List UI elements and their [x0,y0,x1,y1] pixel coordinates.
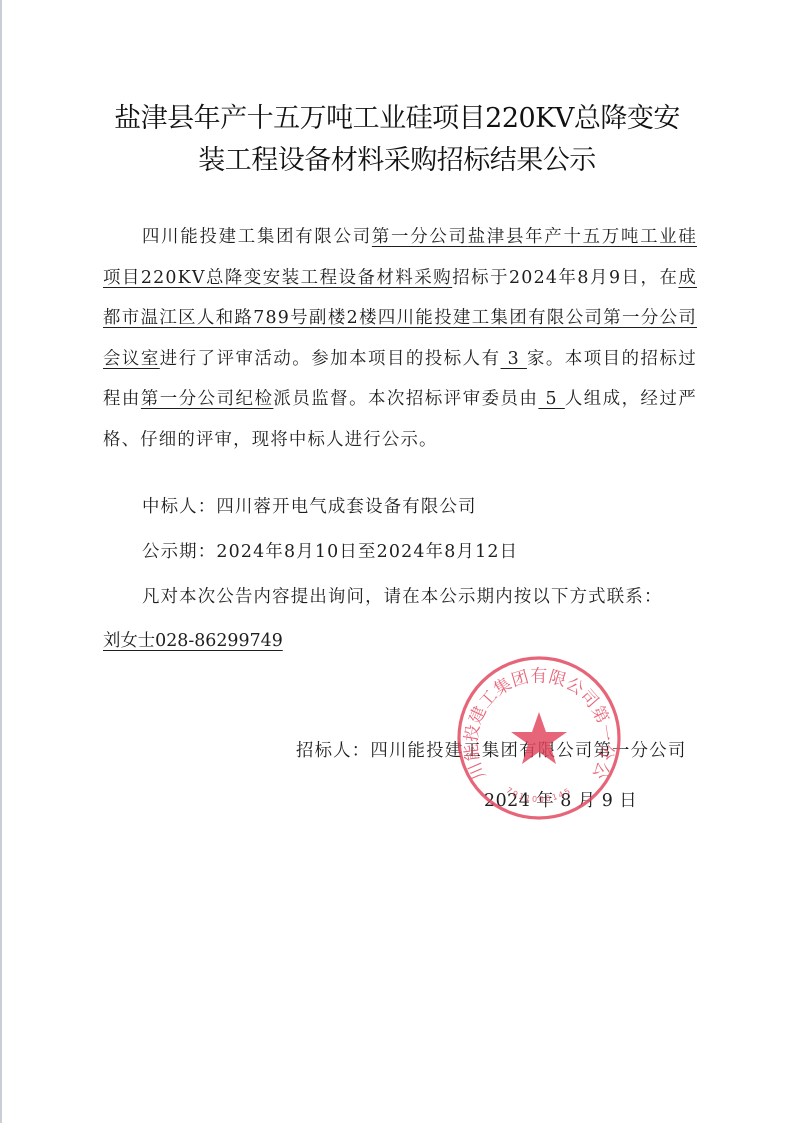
document-title: 盐津县年产十五万吨工业硅项目220KV总降变安 装工程设备材料采购招标结果公示 [80,98,714,182]
text-segment: 招标于2024年8月9日，在 [452,268,678,288]
text-segment: 派员监督。本次招标评审委员由 [273,389,538,409]
svg-text:四川能投建工集团有限公司第一分公司: 四川能投建工集团有限公司第一分公司 [455,654,616,782]
period-label: 公示期： [142,542,216,562]
winner-line: 中标人：四川蓉开电气成套设备有限公司 [142,492,477,517]
signer-value: 四川能投建工集团有限公司第一分公司 [370,741,686,761]
bidder-count: 3 [501,349,527,369]
signer-label: 招标人： [296,741,370,761]
body-paragraph: 四川能投建工集团有限公司第一分公司盐津县年产十五万吨工业硅项目220KV总降变安… [103,217,697,460]
seal-text: 四川能投建工集团有限公司第一分公司 [455,654,616,782]
sign-date: 2024 年 8 月 9 日 [484,786,637,811]
winner-label: 中标人： [142,497,216,517]
committee-count: 5 [538,389,564,409]
underlined-branch: 第一分公司 [372,227,468,247]
period-value: 2024年8月10日至2024年8月12日 [216,542,518,562]
text-segment: 四川能投建工集团有限公司 [142,227,372,247]
signer-line: 招标人：四川能投建工集团有限公司第一分公司 [296,736,686,761]
title-line-1: 盐津县年产十五万吨工业硅项目220KV总降变安 [80,98,714,140]
text-segment: 进行了评审活动。参加本项目的投标人有 [160,349,501,369]
title-line-2: 装工程设备材料采购招标结果公示 [80,140,714,182]
contact-info: 刘女士028-86299749 [103,626,283,651]
inquiry-line: 凡对本次公告内容提出询问，请在本公示期内按以下方式联系： [142,582,663,607]
winner-value: 四川蓉开电气成套设备有限公司 [216,497,476,517]
publicity-period-line: 公示期：2024年8月10日至2024年8月12日 [142,537,518,562]
underlined-supervisor: 第一分公司纪检 [141,389,274,409]
page-edge [0,0,2,1123]
